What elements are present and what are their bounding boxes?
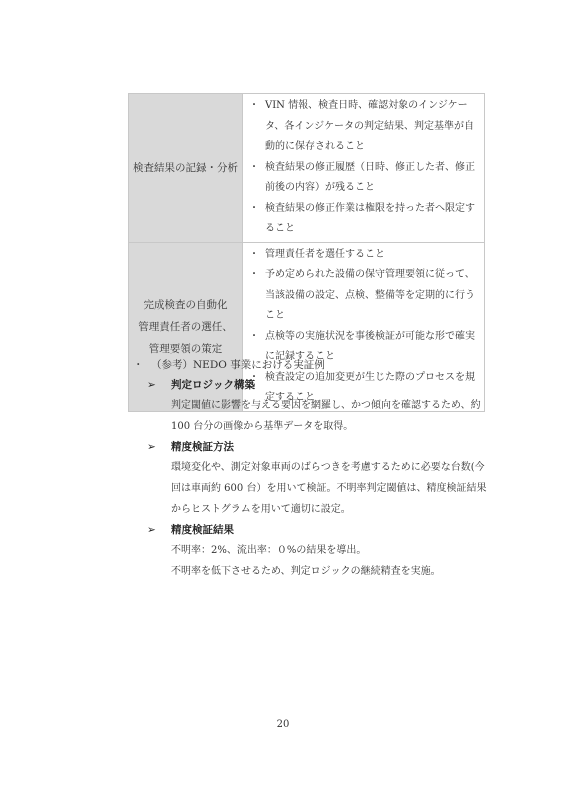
body-line: 不明率：2%、流出率：０%の結果を導出。 <box>171 540 503 561</box>
body-line: 判定閾値に影響を与える要因を網羅し、かつ傾向を確認するため、約 <box>171 395 503 416</box>
subsection-body: 判定閾値に影響を与える要因を網羅し、かつ傾向を確認するため、約 100 台分の画… <box>147 395 503 437</box>
body-line: 不明率を低下させるため、判定ロジックの継続精査を実施。 <box>171 561 503 582</box>
item-text: 管理責任者を選任すること <box>265 249 385 260</box>
list-item: ・予め定められた設備の保守管理要領に従って、当該設備の設定、点検、整備等を定期的… <box>249 265 480 327</box>
bullet-icon: ・ <box>133 355 144 375</box>
table-row: 検査結果の記録・分析 ・VIN 情報、検査日時、確認対象のインジケータ、各インジ… <box>129 94 485 243</box>
bullet-icon: ・ <box>249 265 259 286</box>
bullet-icon: ・ <box>249 158 259 179</box>
body-line: 環境変化や、測定対象車両のばらつきを考慮するために必要な台数(今 <box>171 457 503 478</box>
item-text: 検査結果の修正履歴（日時、修正した者、修正前後の内容）が残ること <box>265 162 475 194</box>
row-label-line: 完成検査の自動化 <box>129 294 242 316</box>
row-label-text: 検査結果の記録・分析 <box>133 162 238 174</box>
reference-section: ・（参考）NEDO 事業における実証例 ➢判定ロジック構築 判定閾値に影響を与え… <box>133 355 503 582</box>
reference-title: （参考）NEDO 事業における実証例 <box>151 359 325 371</box>
item-text: 検査結果の修正作業は権限を持った者へ限定すること <box>265 203 475 235</box>
subsection-body: 不明率：2%、流出率：０%の結果を導出。 不明率を低下させるため、判定ロジックの… <box>147 540 503 582</box>
item-text: VIN 情報、検査日時、確認対象のインジケータ、各インジケータの判定結果、判定基… <box>265 100 474 152</box>
bullet-icon: ・ <box>249 245 259 266</box>
arrow-bullet-icon: ➢ <box>147 520 156 540</box>
page-number: 20 <box>0 719 566 730</box>
subsection-heading: ➢判定ロジック構築 <box>147 375 503 395</box>
subsection-title: 判定ロジック構築 <box>171 379 255 391</box>
arrow-bullet-icon: ➢ <box>147 437 156 457</box>
reference-heading: ・（参考）NEDO 事業における実証例 <box>133 355 503 375</box>
body-line: 100 台分の画像から基準データを取得。 <box>171 416 503 437</box>
subsection-heading: ➢精度検証結果 <box>147 520 503 540</box>
subsection-title: 精度検証結果 <box>171 524 234 536</box>
row-content: ・VIN 情報、検査日時、確認対象のインジケータ、各インジケータの判定結果、判定… <box>243 94 485 243</box>
list-item: ・管理責任者を選任すること <box>249 245 480 266</box>
subsection-title: 精度検証方法 <box>171 441 234 453</box>
body-line: からヒストグラムを用いて適切に設定。 <box>171 499 503 520</box>
list-item: ・検査結果の修正作業は権限を持った者へ限定すること <box>249 199 480 240</box>
row-label-line: 管理責任者の選任、 <box>129 316 242 338</box>
row-label: 検査結果の記録・分析 <box>129 94 243 243</box>
subsection-heading: ➢精度検証方法 <box>147 437 503 457</box>
arrow-bullet-icon: ➢ <box>147 375 156 395</box>
subsection: ➢判定ロジック構築 判定閾値に影響を与える要因を網羅し、かつ傾向を確認するため、… <box>147 375 503 582</box>
list-item: ・VIN 情報、検査日時、確認対象のインジケータ、各インジケータの判定結果、判定… <box>249 96 480 158</box>
subsection-body: 環境変化や、測定対象車両のばらつきを考慮するために必要な台数(今 回は車両約 6… <box>147 457 503 520</box>
list-item: ・検査結果の修正履歴（日時、修正した者、修正前後の内容）が残ること <box>249 158 480 199</box>
bullet-icon: ・ <box>249 199 259 220</box>
item-text: 予め定められた設備の保守管理要領に従って、当該設備の設定、点検、整備等を定期的に… <box>265 269 475 321</box>
bullet-icon: ・ <box>249 96 259 117</box>
bullet-icon: ・ <box>249 327 259 348</box>
body-line: 回は車両約 600 台）を用いて検証。不明率判定閾値は、精度検証結果 <box>171 478 503 499</box>
